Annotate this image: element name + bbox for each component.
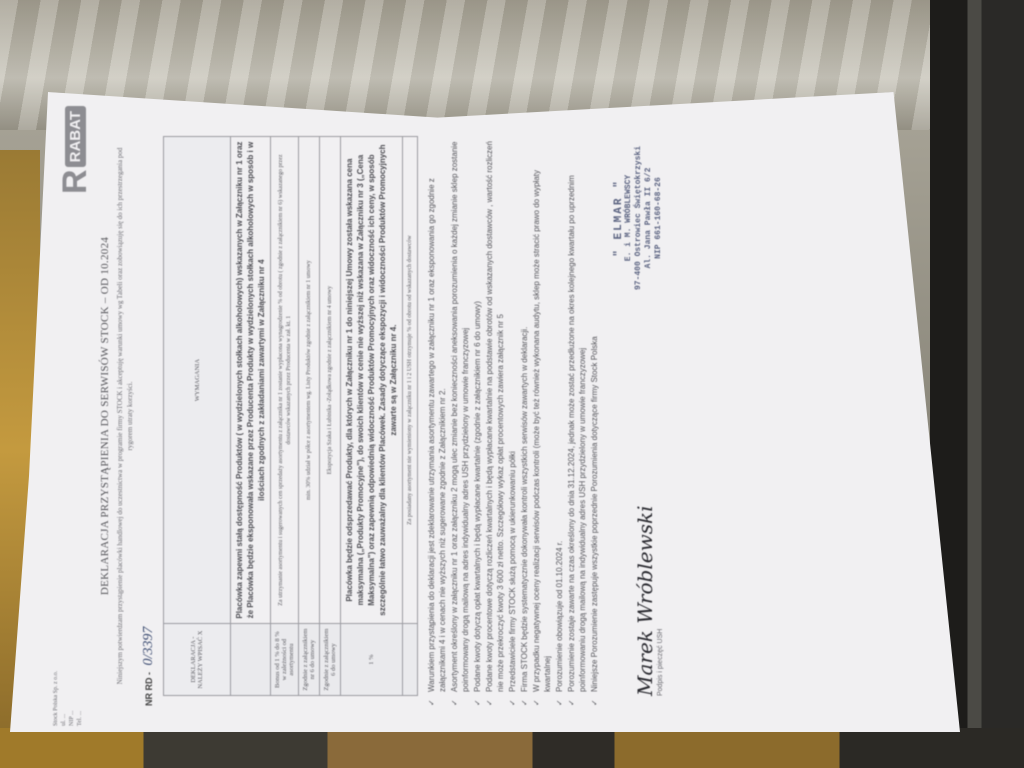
row-requirement: Placówka będzie odsprzedawać Produkty, d… (341, 137, 403, 624)
condition-item: Warunkiem przystąpienia do deklaracji je… (426, 136, 448, 706)
condition-item: Asortyment określony w załączniku nr 1 o… (449, 136, 471, 706)
handwritten-number: 0/3397 (141, 627, 156, 666)
condition-item: Firma STOCK będzie systematycznie dokony… (519, 136, 530, 706)
signature-label: Podpis i pieczęć USH (657, 506, 664, 696)
condition-item: Porozumienie zostaje zawarte na czas okr… (566, 136, 588, 706)
condition-item: W przypadku negatywnej oceny realizacji … (531, 136, 553, 706)
declaration-document: Stock Polska Sp. z o.o. ul. ... NIP ... … (52, 106, 932, 726)
logo-brand: RABAT (65, 106, 86, 167)
handwritten-signature: Marek Wróblewski (633, 506, 657, 696)
logo-letter: R (56, 169, 95, 194)
conditions-list: Warunkiem przystąpienia do deklaracji je… (426, 136, 600, 706)
condition-item: Niniejsze Porozumienie zastępuje wszystk… (589, 136, 600, 706)
company-address: Stock Polska Sp. z o.o. ul. ... NIP ... … (52, 606, 84, 726)
header-requirements: WYMAGANIA (164, 137, 231, 624)
table-row: Placówka zapewni stałą dostępność Produk… (231, 137, 271, 696)
table-row: 1 % Placówka będzie odsprzedawać Produkt… (341, 137, 403, 696)
document-intro: Niniejszym potwierdzam przystąpienie pla… (115, 146, 135, 686)
row-requirement: Za utrzymanie asortymentu i sugerowanych… (271, 137, 299, 624)
row-requirement: min. 30% udział w półce z asortymentem w… (299, 137, 320, 624)
row-value (231, 624, 271, 696)
row-requirement: Za posiadany asortyment nie wymieniony w… (403, 137, 418, 624)
company-stamp: " ELMAR " E. i M. WRÓBLEWSCY 97-400 Ostr… (614, 146, 664, 290)
condition-item: Podane kwoty procentowe dotyczą rozlicze… (484, 136, 506, 706)
document-title: DEKLARACJA PRZYSTĄPIENIA DO SERWISÓW STO… (99, 106, 111, 726)
condition-item: Porozumienie obowiązuje od 01.10.2024 r. (554, 136, 565, 706)
requirements-table: DEKLARACJA - NALEŻY WPISAĆ X WYMAGANIA P… (163, 136, 418, 696)
row-value: 1 % (341, 624, 403, 696)
document-number: NR RD - 0/3397 (141, 126, 157, 706)
condition-item: Podane kwoty dotyczą opłat kwartalnych i… (472, 136, 483, 706)
table-row: Bonus od 1 % do 8 % w zależności od asor… (271, 137, 299, 696)
signature-block: Marek Wróblewski Podpis i pieczęć USH (633, 506, 664, 696)
table-row: Za posiadany asortyment nie wymieniony w… (403, 137, 418, 696)
row-value (403, 624, 418, 696)
signature-area: Marek Wróblewski Podpis i pieczęć USH " … (614, 146, 664, 696)
table-row: Zgodnie z załącznikiem nr 6 do umowy min… (299, 137, 320, 696)
condition-item: Przedstawiciele firmy STOCK służą pomocą… (507, 136, 518, 706)
header-declaration: DEKLARACJA - NALEŻY WPISAĆ X (164, 624, 231, 696)
row-requirement: Placówka zapewni stałą dostępność Produk… (231, 137, 271, 624)
row-value: Zgodnie z załącznikiem nr 6 do umowy (299, 624, 320, 696)
row-value: Zgodnie z załącznikiem 6 do umowy (320, 624, 341, 696)
row-value: Bonus od 1 % do 8 % w zależności od asor… (271, 624, 299, 696)
row-requirement: Ekspozycja Szaka i Łubinika -Zołądkowa z… (320, 137, 341, 624)
rabat-logo: R RABAT (56, 106, 95, 194)
table-row: Zgodnie z załącznikiem 6 do umowy Ekspoz… (320, 137, 341, 696)
background-bread-rack (0, 728, 1024, 768)
